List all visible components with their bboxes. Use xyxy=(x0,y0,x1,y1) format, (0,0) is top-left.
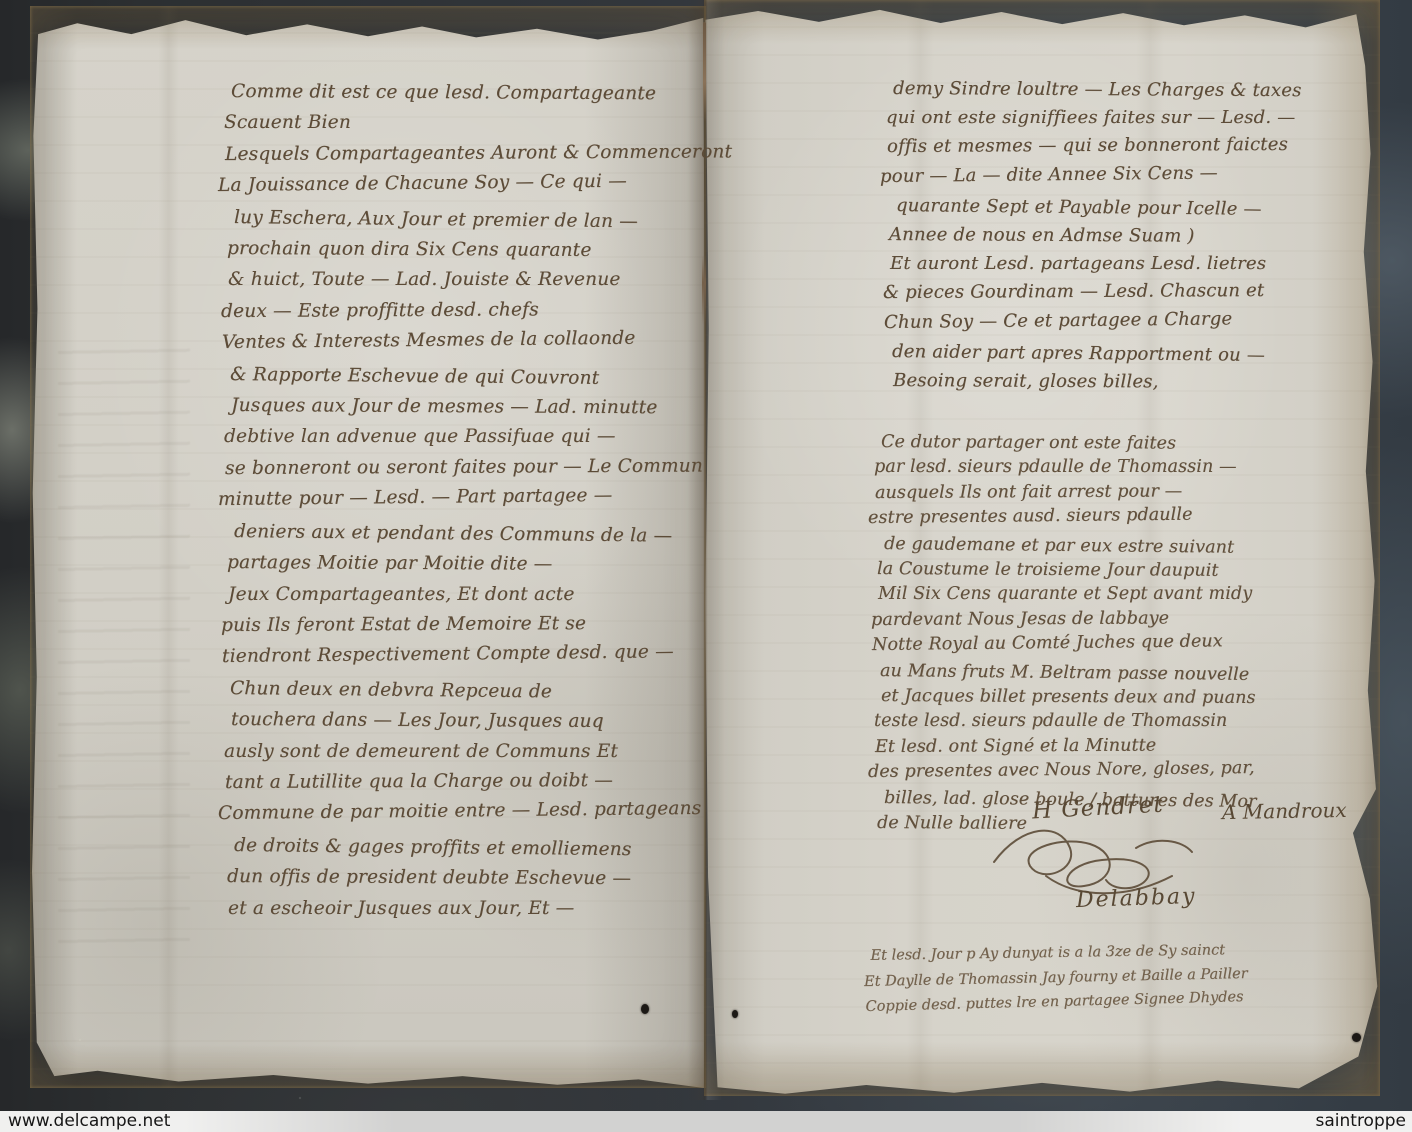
signature-mandroux: A Mandroux xyxy=(1222,798,1347,824)
manuscript-line: Besoing serait, gloses billes, xyxy=(893,366,1302,397)
manuscript-line: la Coustume le troisieme Jour daupuit xyxy=(877,557,1257,584)
ink-bleedthrough xyxy=(58,330,190,960)
manuscript-line: La Jouissance de Chacune Soy — Ce qui — xyxy=(218,165,732,202)
manuscript-line: touchera dans — Les Jour, Jusques auq xyxy=(231,704,732,738)
manuscript-line: et a escheoir Jusques aux Jour, Et — xyxy=(228,893,732,924)
manuscript-line: Commune de par moitie entre — Lesd. part… xyxy=(218,793,732,830)
right-page-paragraph-1: demy Sindre loultre — Les Charges & taxe… xyxy=(884,74,1302,395)
manuscript-line: des presentes avec Nous Nore, gloses, pa… xyxy=(868,756,1257,785)
manuscript-line: tiendront Respectivement Compte desd. qu… xyxy=(222,636,732,673)
manuscript-line: Ventes & Interests Mesmes de la collaond… xyxy=(222,322,732,359)
signature-delabbay: Delabbay xyxy=(1076,884,1197,913)
manuscript-line: Notte Royal au Comté Juches que deux xyxy=(872,629,1257,658)
manuscript-line: Jusques aux Jour de mesmes — Lad. minutt… xyxy=(231,390,732,424)
manuscript-line: Scauent Bien xyxy=(224,107,732,138)
manuscript-line: dun offis de president deubte Eschevue — xyxy=(227,861,732,895)
manuscript-line: estre presentes ausd. sieurs pdaulle xyxy=(868,502,1257,531)
manuscript-photo: Comme dit est ce que lesd. Compartageant… xyxy=(0,0,1412,1132)
manuscript-line: den aider part apres Rapportment ou — xyxy=(892,337,1302,370)
manuscript-line: Comme dit est ce que lesd. Compartageant… xyxy=(231,76,732,110)
manuscript-line: Et auront Lesd. partageans Lesd. lietres xyxy=(890,249,1302,278)
manuscript-line: & huict, Toute — Lad. Jouiste & Revenue xyxy=(228,264,732,295)
manuscript-line: prochain quon dira Six Cens quarante xyxy=(227,233,732,267)
manuscript-line: teste lesd. sieurs pdaulle de Thomassin xyxy=(874,709,1257,734)
manuscript-line: offis et mesmes — qui se bonneront faict… xyxy=(887,130,1302,161)
manuscript-line: par lesd. sieurs pdaulle de Thomassin — xyxy=(874,455,1257,480)
manuscript-line: minutte pour — Lesd. — Part partagee — xyxy=(218,479,732,516)
wormhole xyxy=(1352,1033,1361,1042)
manuscript-line: Mil Six Cens quarante et Sept avant midy xyxy=(878,582,1257,607)
manuscript-line: partages Moitie par Moitie dite — xyxy=(227,547,732,581)
manuscript-line: pour — La — dite Annee Six Cens — xyxy=(880,157,1302,191)
left-page-text: Comme dit est ce que lesd. Compartageant… xyxy=(222,76,732,924)
wormhole xyxy=(732,1010,738,1018)
manuscript-line: ausly sont de demeurent de Communs Et xyxy=(224,736,732,767)
right-page-paragraph-2: Ce dutor partager ont este faitespar les… xyxy=(872,430,1257,837)
watermark-strip: www.delcampe.net saintroppe xyxy=(0,1111,1412,1132)
manuscript-line: & pieces Gourdinam — Lesd. Chascun et xyxy=(883,276,1302,307)
manuscript-line: et Jacques billet presents deux and puan… xyxy=(881,684,1257,711)
manuscript-line: Ce dutor partager ont este faites xyxy=(881,430,1257,457)
watermark-saintroppe: saintroppe xyxy=(1316,1111,1407,1131)
manuscript-line: Annee de nous en Admse Suam ) xyxy=(889,220,1302,251)
manuscript-line: Jeux Compartageantes, Et dont acte xyxy=(228,579,732,610)
right-page-addendum: Et lesd. Jour p Ay dunyat is a la 3ze de… xyxy=(861,936,1248,1021)
manuscript-line: Chun Soy — Ce et partagee a Charge xyxy=(884,303,1302,337)
watermark-delcampe: www.delcampe.net xyxy=(8,1111,170,1131)
manuscript-line: demy Sindre loultre — Les Charges & taxe… xyxy=(893,74,1302,105)
manuscript-line: debtive lan advenue que Passifuae qui — xyxy=(224,421,732,452)
wormhole xyxy=(641,1004,649,1014)
manuscript-line: qui ont este signiffiees faites sur — Le… xyxy=(886,103,1302,132)
manuscript-line: quarante Sept et Payable pour Icelle — xyxy=(896,191,1302,224)
